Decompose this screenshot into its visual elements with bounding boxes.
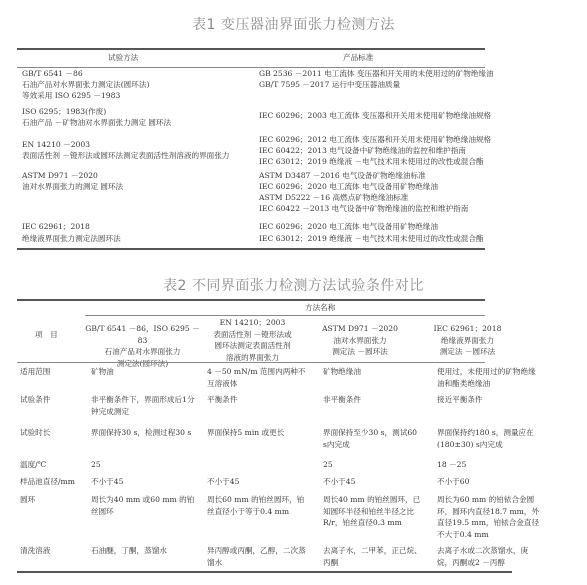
standard: GB/T 7595 －2017 运行中变压器油质量 [259,79,400,91]
cell: 周长40 mm 的铂丝圆环，已知圆环半径和铂丝半径之比 R/r，铂丝直径0.3 … [323,494,426,529]
cell: 矿物油 [91,366,201,378]
table2-group-header: 方法名称 [305,302,335,314]
cell: 非平衡条件下，界面形成后1分钟完成测定 [91,394,201,417]
method-note: 等效采用 ISO 6295 －1983 [22,90,120,102]
cell: 去离子水，二甲苯，正己烷、丙酮 [323,545,426,568]
cell: 平衡条件 [207,394,310,406]
cell: 矿物绝缘油 [323,366,423,378]
row-label: 样品池直径/mm [20,476,75,488]
table1-header-method: 试验方法 [108,52,138,64]
method-title: 绝缘液界面张力测定法圆环法 [22,233,121,245]
standard: IEC 60422；2013 电气设备中矿物绝缘油的监控和维护指南 [259,145,466,157]
cell: 界面保持至少30 s，测试60 s内完成 [323,427,423,450]
cell: 非平衡条件 [323,394,423,406]
row-label: 适用范围 [20,366,50,378]
method-title: 石油产品 －矿物油对水界面张力测定 圆环法 [22,117,171,129]
table1-bottom-rule [17,248,485,250]
row-label: 清洗溶液 [20,545,50,557]
method-title: 油对水界面张力的测定 圆环法 [22,181,123,193]
standard: IEC 60296；2020 电工流体 电气设备用矿物绝缘油 [259,221,438,233]
cell: 不小于45 [207,476,239,488]
row-label: 圆环 [20,494,35,506]
cell: 18 －25 [437,459,466,471]
method-code: EN 14210 －2003 [22,139,90,151]
table2-column-header: EN 14210；2003表面活性剂 －镫形法或圆环法测定表面活性剂溶液的界面张… [200,317,305,363]
cell: 界面保持30 s，检测过程30 s [91,427,206,439]
cell: 不小于45 [91,476,123,488]
cell: 周长60 mm 的铂丝圆环，铂丝直径小于等于0.4 mm [207,494,310,517]
cell: 使用过，未使用过的矿物绝缘油和酯类绝缘油 [437,366,542,389]
table2-header-rule [17,362,485,363]
cell: 界面保持约180 s，测量应在(180±30) s内完成 [437,427,542,450]
standard: IEC 63012；2019 绝缘液 －电气技术用未使用过的改性或混合酯 [259,233,484,245]
table1-top-rule [17,48,485,50]
cell: 去离子水或二次蒸馏水，庚烷，丙酮或2 －丙醇 [437,545,542,568]
method-code: ASTM D971 －2020 [22,170,98,182]
cell: 不小于45 [323,476,355,488]
method-code: GB/T 6541 －86 [22,68,83,80]
table2-column-header: ASTM D971 －2020油对水界面张力测定法 －圆环法 [305,323,415,358]
standard: IEC 63012；2019 绝缘液 －电气技术用未使用过的改性或混合酯 [259,156,484,168]
standard: IEC 60296；2012 电工流体 变压器和开关用未使用矿物绝缘油规格 [259,134,491,146]
table2-caption: 表2 不同界面张力检测方法试验条件对比 [0,275,587,295]
cell: 周长为60 mm 的铂铱合金圆环，圆环内直径18.7 mm，外直径19.5 mm… [437,494,542,540]
method-code: IEC 62961；2018 [22,221,90,233]
table2-top-rule [17,299,485,301]
method-code: ISO 6295；1983(作废) [22,106,106,118]
table2-item-header: 项 目 [35,329,58,341]
standard: GB 2536 －2011 电工流体 变压器和开关用的未使用过的矿物绝缘油 [259,68,494,80]
table2-group-rule [85,315,485,316]
standard: IEC 60296；2020 电工流体 电气设备用矿物绝缘油 [259,181,438,193]
table2-bottom-rule [17,571,512,573]
method-title: 表面活性剂 －镫形法或圆环法测定表面活性剂溶液的界面张力 [22,150,229,162]
cell: 石油醚，丁酮，蒸馏水 [91,545,201,557]
cell: 界面保持5 min 或更长 [207,427,310,439]
standard: IEC 60422 －2013 电气设备中矿物绝缘油的监控和维护指南 [259,203,468,215]
table2-column-header: IEC 62961；2018绝缘液界面张力测定法 －圆环法 [415,323,520,358]
cell: 不小于60 [437,476,469,488]
cell: 25 [323,459,333,471]
cell: 4 －50 mN/m 范围内两种不互溶液体 [207,366,310,389]
standard: ASTM D5222 －16 高燃点矿物绝缘油标准 [259,192,408,204]
table1-caption: 表1 变压器油界面张力检测方法 [0,14,587,34]
cell: 异丙醇或丙酮，乙醇，二次蒸馏水 [207,545,310,568]
table1-header-standard: 产品标准 [343,52,373,64]
cell: 25 [91,459,101,471]
row-label: 试验条件 [20,394,50,406]
cell: 接近平衡条件 [437,394,542,406]
standard: ASTM D3487 －2016 电气设备矿物绝缘油标准 [259,170,426,182]
row-label: 温度/℃ [20,459,46,471]
row-label: 试验时长 [20,427,50,439]
method-title: 石油产品对水界面张力测定法(圆环法) [22,79,149,91]
cell: 周长为40 mm 或60 mm 的铂丝圆环 [91,494,199,517]
standard: IEC 60296；2003 电工流体 变压器和开关用未使用矿物绝缘油规格 [259,110,491,122]
